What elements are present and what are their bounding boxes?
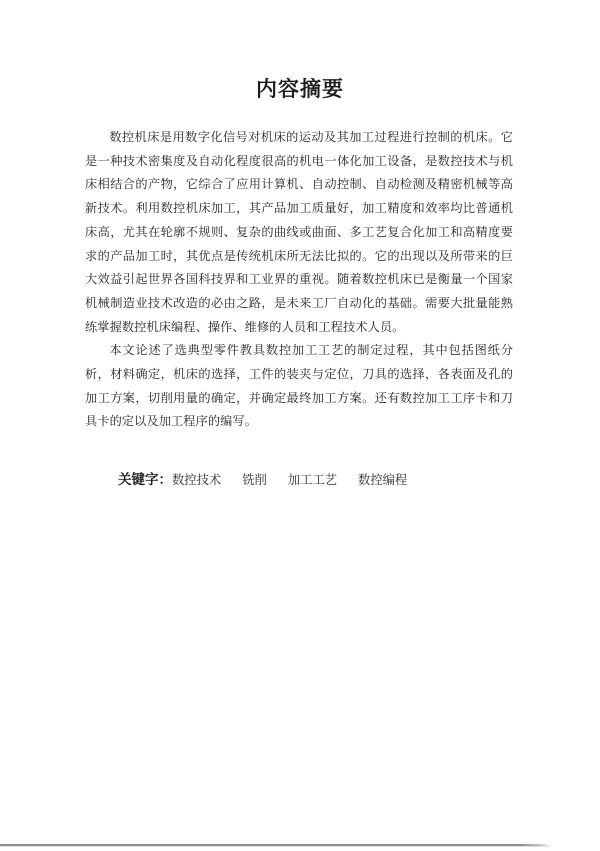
keyword-4: 数控编程	[358, 473, 407, 487]
keywords-line: 关键字：数控技术铣削加工工艺数控编程	[118, 471, 513, 489]
keywords-label: 关键字：	[118, 472, 172, 487]
abstract-paragraph-1: 数控机床是用数字化信号对机床的运动及其加工过程进行控制的机床。它是一种技术密集度…	[85, 126, 513, 339]
keyword-2: 铣削	[242, 473, 267, 487]
document-page: 内容摘要 数控机床是用数字化信号对机床的运动及其加工过程进行控制的机床。它是一种…	[0, 0, 600, 851]
abstract-body: 数控机床是用数字化信号对机床的运动及其加工过程进行控制的机床。它是一种技术密集度…	[85, 126, 513, 489]
page-title: 内容摘要	[0, 0, 600, 103]
page-bottom-scan-edge	[0, 844, 550, 846]
abstract-paragraph-2: 本文论述了选典型零件教具数控加工工艺的制定过程，其中包括图纸分析，材料确定，机床…	[85, 339, 513, 434]
keyword-3: 加工工艺	[288, 473, 337, 487]
keyword-1: 数控技术	[172, 473, 221, 487]
